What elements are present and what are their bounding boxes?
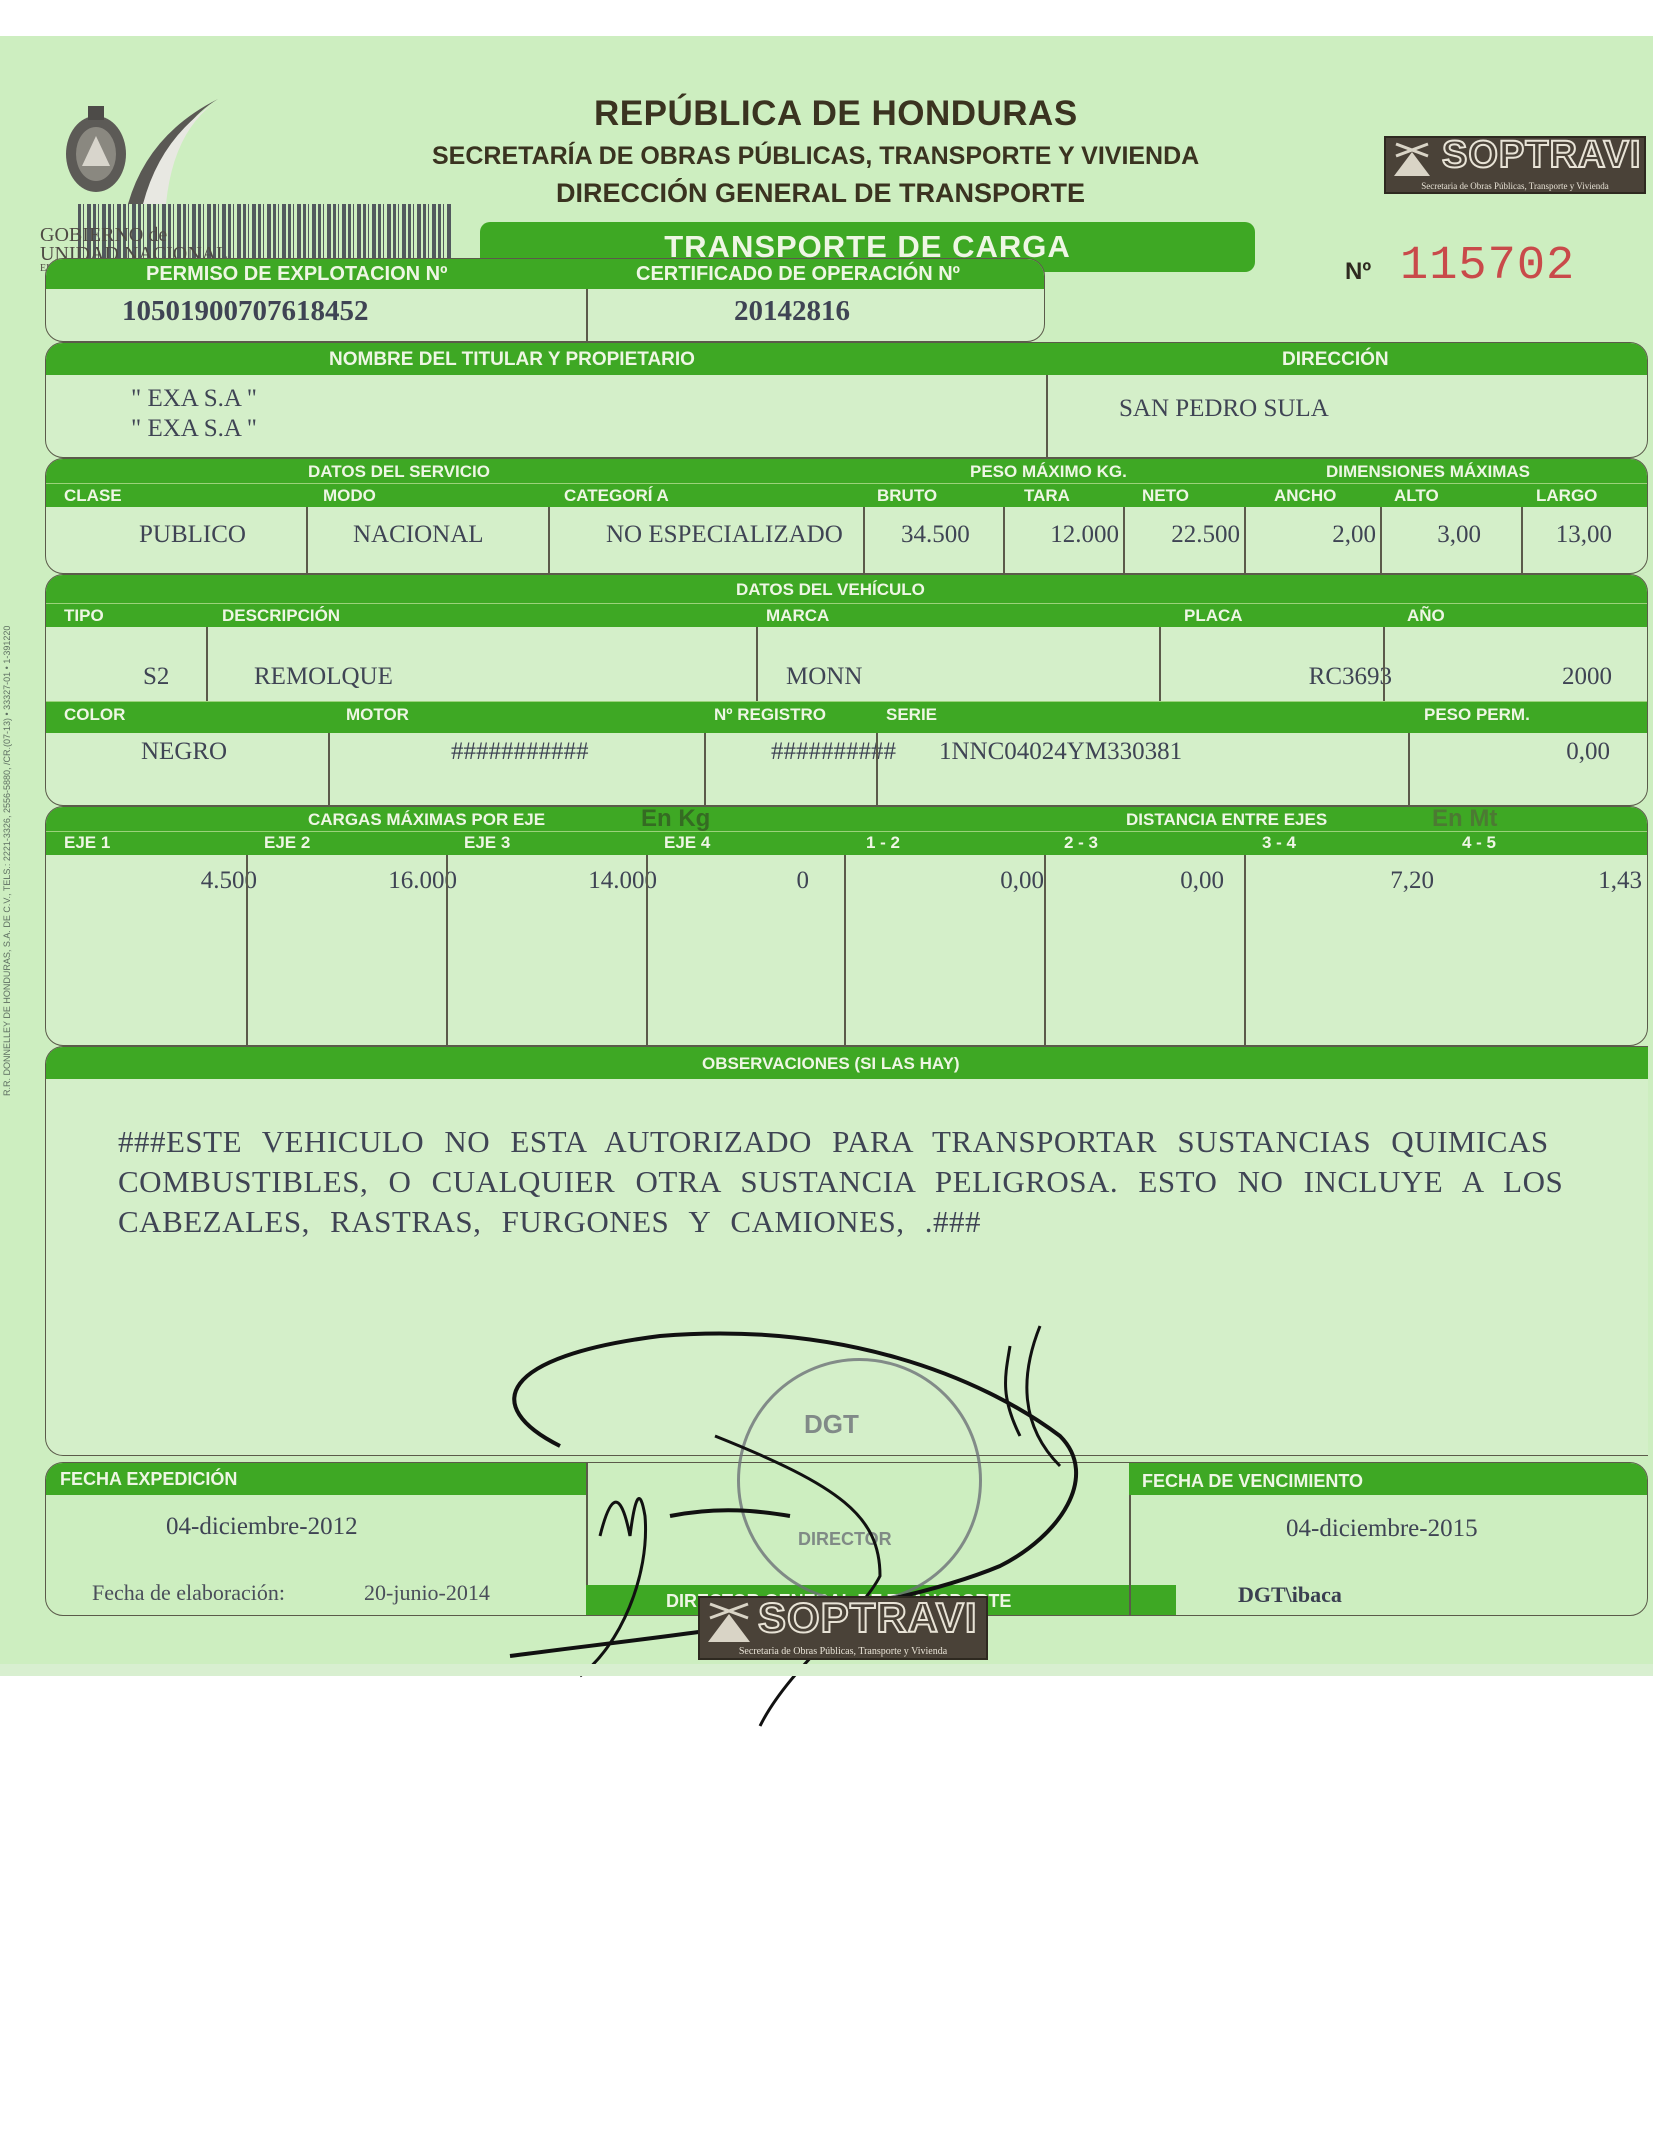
column-label: EJE 2 bbox=[264, 833, 310, 853]
expiry-date-value: 04-diciembre-2015 bbox=[1286, 1515, 1478, 1543]
cell-value: 0,00 bbox=[1180, 867, 1224, 895]
issue-date-label: FECHA EXPEDICIÓN bbox=[60, 1469, 237, 1490]
cell-value: 34.500 bbox=[901, 521, 970, 549]
column-label: TARA bbox=[1024, 486, 1070, 506]
service-section-label: DATOS DEL SERVICIO bbox=[308, 462, 490, 482]
permiso-label: PERMISO DE EXPLOTACION Nº bbox=[146, 263, 447, 286]
cell-value: 0,00 bbox=[1566, 738, 1610, 766]
axle-loads-unit: En Kg bbox=[641, 806, 710, 833]
cell-value: 2,00 bbox=[1332, 521, 1376, 549]
column-label: DESCRIPCIÓN bbox=[222, 606, 340, 626]
elaboration-date-label: Fecha de elaboración: bbox=[92, 1580, 285, 1606]
cell-value: REMOLQUE bbox=[254, 663, 393, 691]
cell-value: 0 bbox=[797, 867, 810, 895]
column-label: Nº REGISTRO bbox=[714, 705, 826, 725]
observations-text: ###ESTE VEHICULO NO ESTA AUTORIZADO PARA… bbox=[118, 1122, 1648, 1242]
owner-name-label: NOMBRE DEL TITULAR Y PROPIETARIO bbox=[329, 349, 695, 371]
column-label: 4 - 5 bbox=[1462, 833, 1496, 853]
column-label: EJE 3 bbox=[464, 833, 510, 853]
owner-name-line1: " EXA S.A " bbox=[131, 385, 257, 413]
permit-box: PERMISO DE EXPLOTACION Nº CERTIFICADO DE… bbox=[45, 258, 1045, 342]
permiso-value: 10501900707618452 bbox=[122, 295, 369, 328]
printer-imprint: R.R. DONNELLEY DE HONDURAS, S.A. DE C.V.… bbox=[2, 626, 12, 1096]
operator-code: DGT\ibaca bbox=[1238, 1582, 1342, 1608]
transport-permit-card: GOBIERNO de UNIDAD NACIONAL EL GOBIERNO … bbox=[0, 36, 1653, 1676]
folio-number: 115702 bbox=[1400, 240, 1575, 293]
directorate-title: DIRECCIÓN GENERAL DE TRANSPORTE bbox=[556, 178, 1085, 209]
column-label: EJE 1 bbox=[64, 833, 110, 853]
cell-value: 3,00 bbox=[1437, 521, 1481, 549]
cell-value: 1,43 bbox=[1598, 867, 1642, 895]
column-label: NETO bbox=[1142, 486, 1189, 506]
honduras-coat-of-arms-icon bbox=[48, 94, 228, 214]
country-title: REPÚBLICA DE HONDURAS bbox=[594, 94, 1078, 134]
column-label: EJE 4 bbox=[664, 833, 710, 853]
director-signature bbox=[460, 1316, 1120, 1736]
column-label: MARCA bbox=[766, 606, 829, 626]
issue-date-value: 04-diciembre-2012 bbox=[166, 1513, 358, 1541]
axles-box: CARGAS MÁXIMAS POR EJE En Kg DISTANCIA E… bbox=[45, 806, 1648, 1046]
soptravi-logo: SOPTRAVI Secretaria de Obras Públicas, T… bbox=[1384, 136, 1646, 194]
column-label: LARGO bbox=[1536, 486, 1597, 506]
axle-loads-label: CARGAS MÁXIMAS POR EJE bbox=[308, 810, 545, 830]
cell-value: NO ESPECIALIZADO bbox=[606, 521, 843, 549]
owner-address-value: SAN PEDRO SULA bbox=[1119, 395, 1329, 423]
cell-value: MONN bbox=[786, 663, 862, 691]
owner-name-line2: " EXA S.A " bbox=[131, 415, 257, 443]
cell-value: 12.000 bbox=[1050, 521, 1119, 549]
cell-value: 4.500 bbox=[201, 867, 257, 895]
elaboration-date-value: 20-junio-2014 bbox=[364, 1580, 490, 1606]
dims-section-label: DIMENSIONES MÁXIMAS bbox=[1326, 462, 1530, 482]
column-label: CATEGORÍ A bbox=[564, 486, 669, 506]
cell-value: 22.500 bbox=[1171, 521, 1240, 549]
cell-value: PUBLICO bbox=[139, 521, 246, 549]
axle-distance-label: DISTANCIA ENTRE EJES bbox=[1126, 810, 1327, 830]
ministry-title: SECRETARÍA DE OBRAS PÚBLICAS, TRANSPORTE… bbox=[432, 142, 1199, 171]
column-label: COLOR bbox=[64, 705, 125, 725]
road-crossed-tools-icon bbox=[704, 1602, 754, 1642]
cell-value: S2 bbox=[143, 663, 169, 691]
vehicle-section-label: DATOS DEL VEHÍCULO bbox=[736, 580, 925, 600]
column-label: PESO PERM. bbox=[1424, 705, 1530, 725]
cell-value: 0,00 bbox=[1000, 867, 1044, 895]
column-label: SERIE bbox=[886, 705, 937, 725]
cell-value: NACIONAL bbox=[353, 521, 484, 549]
cell-value: NEGRO bbox=[141, 738, 227, 766]
weight-section-label: PESO MÁXIMO KG. bbox=[970, 462, 1127, 482]
column-label: CLASE bbox=[64, 486, 122, 506]
certificado-label: CERTIFICADO DE OPERACIÓN Nº bbox=[636, 263, 960, 286]
vehicle-box: DATOS DEL VEHÍCULO TIPOS2DESCRIPCIÓNREMO… bbox=[45, 574, 1648, 806]
column-label: MOTOR bbox=[346, 705, 409, 725]
owner-address-label: DIRECCIÓN bbox=[1282, 349, 1389, 371]
service-box: DATOS DEL SERVICIO PESO MÁXIMO KG. DIMEN… bbox=[45, 458, 1648, 574]
folio-label: Nº bbox=[1345, 258, 1371, 286]
column-label: TIPO bbox=[64, 606, 104, 626]
column-label: ANCHO bbox=[1274, 486, 1336, 506]
expiry-date-label: FECHA DE VENCIMIENTO bbox=[1142, 1471, 1363, 1492]
column-label: 1 - 2 bbox=[866, 833, 900, 853]
cell-value: 7,20 bbox=[1390, 867, 1434, 895]
cell-value: 2000 bbox=[1562, 663, 1612, 691]
observations-label: OBSERVACIONES (SI LAS HAY) bbox=[702, 1054, 960, 1074]
column-label: MODO bbox=[323, 486, 376, 506]
road-crossed-tools-icon bbox=[1390, 142, 1434, 176]
cell-value: RC3693 bbox=[1309, 663, 1392, 691]
owner-box: NOMBRE DEL TITULAR Y PROPIETARIO DIRECCI… bbox=[45, 342, 1648, 458]
certificado-value: 20142816 bbox=[734, 295, 850, 328]
column-label: PLACA bbox=[1184, 606, 1243, 626]
soptravi-bottom-logo: SOPTRAVI Secretaria de Obras Públicas, T… bbox=[698, 1596, 988, 1660]
column-label: BRUTO bbox=[877, 486, 937, 506]
column-label: AÑO bbox=[1407, 606, 1445, 626]
cell-value: 1NNC04024YM330381 bbox=[939, 738, 1182, 766]
cell-value: ########### bbox=[451, 738, 589, 766]
axle-distance-unit: En Mt bbox=[1432, 806, 1497, 833]
column-label: 2 - 3 bbox=[1064, 833, 1098, 853]
column-label: ALTO bbox=[1394, 486, 1439, 506]
cell-value: 13,00 bbox=[1556, 521, 1612, 549]
column-label: 3 - 4 bbox=[1262, 833, 1296, 853]
